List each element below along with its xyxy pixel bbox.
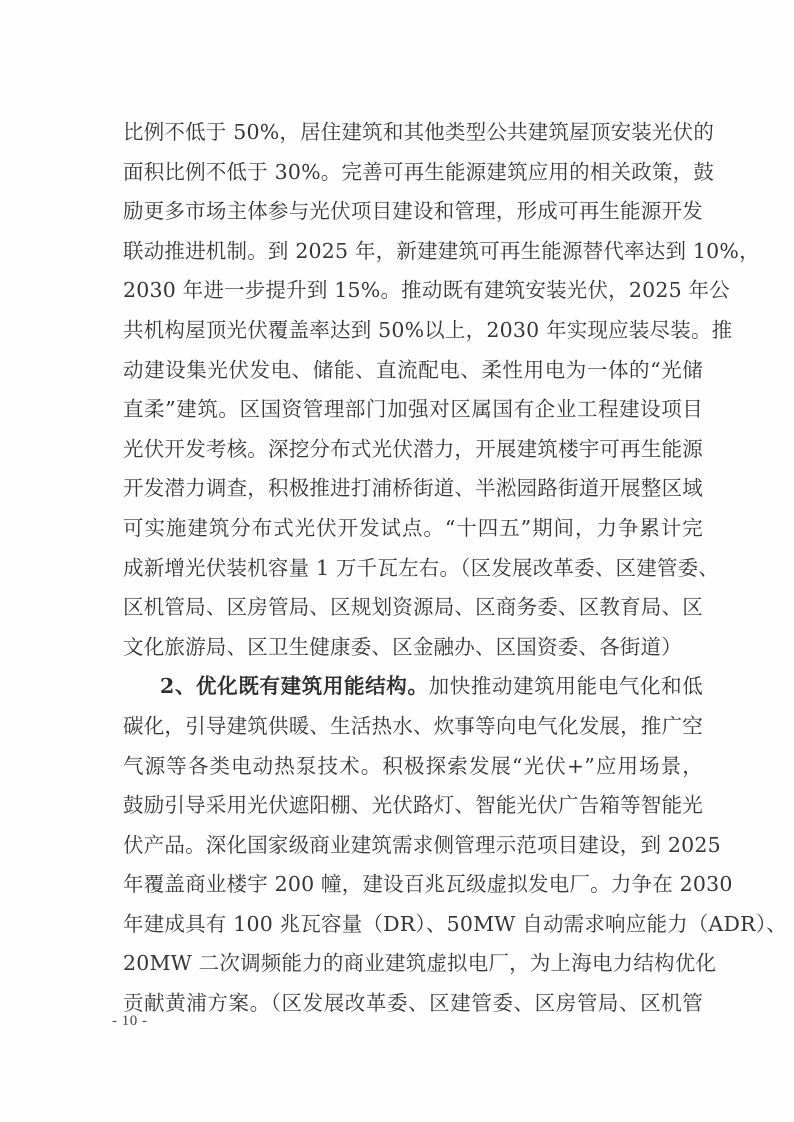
text-line: 气源等各类电动热泵技术。积极探索发展“光伏+”应用场景， [123,747,703,787]
text-line: 区机管局、区房管局、区规划资源局、区商务委、区教育局、区 [123,588,703,628]
text-line: 贡献黄浦方案。（区发展改革委、区建管委、区房管局、区机管 [123,984,703,1024]
text-line: 开发潜力调查，积极推进打浦桥街道、半淞园路街道开展整区域 [123,469,703,509]
document-body: 比例不低于 50%，居住建筑和其他类型公共建筑屋顶安装光伏的 面积比例不低于 3… [123,113,703,1024]
text-line: 文化旅游局、区卫生健康委、区金融办、区国资委、各街道） [123,628,703,668]
text-line: 年建成具有 100 兆瓦容量（DR）、50MW 自动需求响应能力（ADR）、 [123,905,703,945]
page-number: - 10 - [112,1013,148,1030]
text-line: 励更多市场主体参与光伏项目建设和管理，形成可再生能源开发 [123,192,703,232]
text-line: 比例不低于 50%，居住建筑和其他类型公共建筑屋顶安装光伏的 [123,113,703,153]
text-line: 碳化，引导建筑供暖、生活热水、炊事等向电气化发展，推广空 [123,707,703,747]
text-line: 伏产品。深化国家级商业建筑需求侧管理示范项目建设，到 2025 [123,826,703,866]
section-heading-title: 优化既有建筑用能结构。 [196,674,429,698]
text-line: 成新增光伏装机容量 1 万千瓦左右。（区发展改革委、区建管委、 [123,549,703,589]
section-heading-number: 2、 [160,674,196,698]
text-line: 鼓励引导采用光伏遮阳棚、光伏路灯、智能光伏广告箱等智能光 [123,786,703,826]
document-page: 比例不低于 50%，居住建筑和其他类型公共建筑屋顶安装光伏的 面积比例不低于 3… [0,0,794,1122]
text-line: 光伏开发考核。深挖分布式光伏潜力，开展建筑楼宇可再生能源 [123,430,703,470]
text-line: 联动推进机制。到 2025 年，新建建筑可再生能源替代率达到 10%， [123,232,703,272]
section-heading-line: 2、优化既有建筑用能结构。加快推动建筑用能电气化和低 [123,667,703,707]
text-line: 共机构屋顶光伏覆盖率达到 50%以上，2030 年实现应装尽装。推 [123,311,703,351]
text-line: 直柔”建筑。区国资管理部门加强对区属国有企业工程建设项目 [123,390,703,430]
text-line: 动建设集光伏发电、储能、直流配电、柔性用电为一体的“光储 [123,351,703,391]
text-line: 20MW 二次调频能力的商业建筑虚拟电厂，为上海电力结构优化 [123,944,703,984]
text-line: 可实施建筑分布式光伏开发试点。“十四五”期间，力争累计完 [123,509,703,549]
section-heading-rest: 加快推动建筑用能电气化和低 [429,674,703,698]
text-line: 面积比例不低于 30%。完善可再生能源建筑应用的相关政策，鼓 [123,153,703,193]
text-line: 年覆盖商业楼宇 200 幢，建设百兆瓦级虚拟发电厂。力争在 2030 [123,865,703,905]
text-line: 2030 年进一步提升到 15%。推动既有建筑安装光伏，2025 年公 [123,271,703,311]
